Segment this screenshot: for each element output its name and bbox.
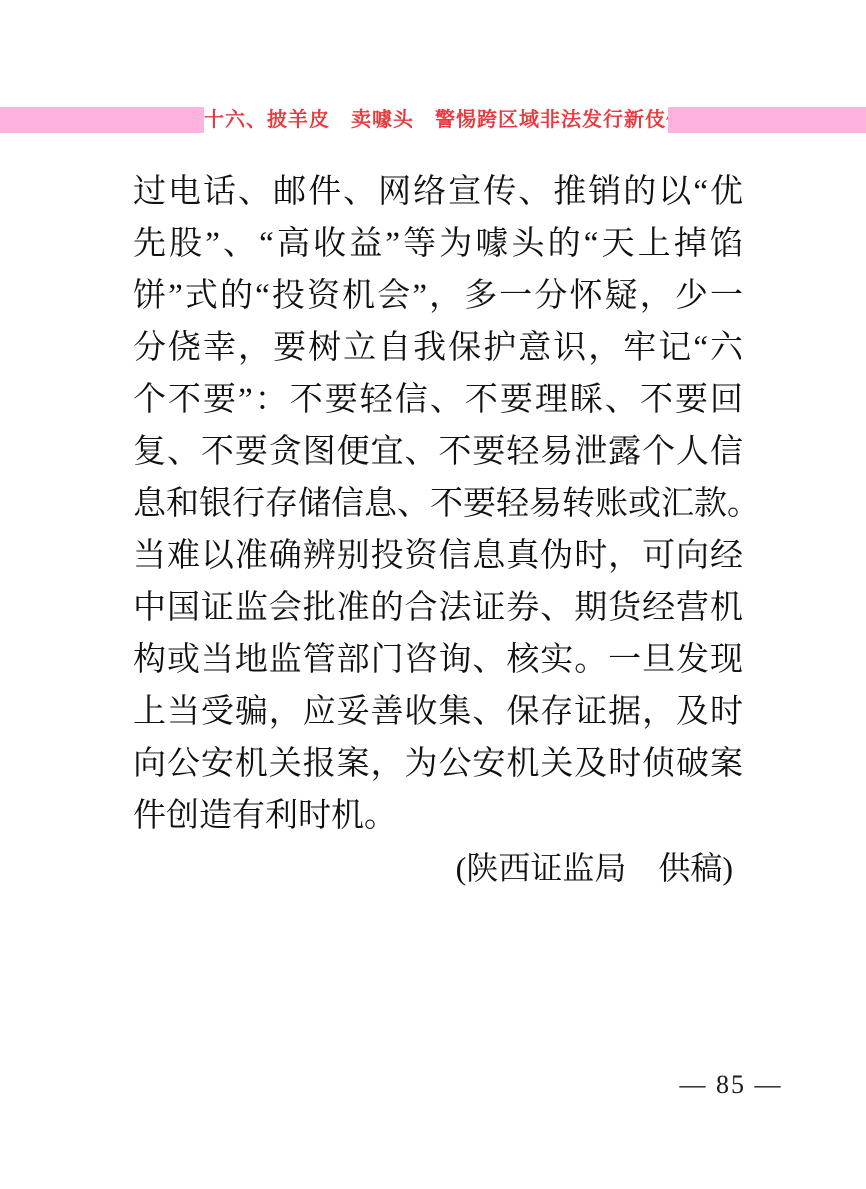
body-line: 上当受骗，应妥善收集、保存证据，及时 <box>133 686 743 738</box>
body-line: 构或当地监管部门咨询、核实。一旦发现 <box>133 634 743 686</box>
body-line: 中国证监会批准的合法证券、期货经营机 <box>133 582 743 634</box>
body-line: 先股”、“高收益”等为噱头的“天上掉馅 <box>133 218 743 270</box>
header-bar-left <box>0 107 204 133</box>
body-line: 当难以准确辨别投资信息真伪时，可向经 <box>133 530 743 582</box>
body-line: 息和银行存储信息、不要轻易转账或汇款。 <box>133 478 743 530</box>
attribution: (陕西证监局 供稿) <box>133 842 743 894</box>
book-page: 十六、披羊皮 卖噱头 警惕跨区域非法发行新伎俩 过电话、邮件、网络宣传、推销的以… <box>0 0 866 1189</box>
header-bar-right <box>668 107 866 133</box>
body-paragraph: 过电话、邮件、网络宣传、推销的以“优 先股”、“高收益”等为噱头的“天上掉馅 饼… <box>133 166 743 894</box>
body-line-last: 件创造有利时机。 <box>133 790 743 842</box>
body-line: 过电话、邮件、网络宣传、推销的以“优 <box>133 166 743 218</box>
body-line: 向公安机关报案，为公安机关及时侦破案 <box>133 738 743 790</box>
body-line: 饼”式的“投资机会”，多一分怀疑，少一 <box>133 270 743 322</box>
body-line: 分侥幸，要树立自我保护意识，牢记“六 <box>133 322 743 374</box>
chapter-header: 十六、披羊皮 卖噱头 警惕跨区域非法发行新伎俩 <box>0 107 866 133</box>
body-line: 个不要”：不要轻信、不要理睬、不要回 <box>133 374 743 426</box>
body-line: 复、不要贪图便宜、不要轻易泄露个人信 <box>133 426 743 478</box>
chapter-title: 十六、披羊皮 卖噱头 警惕跨区域非法发行新伎俩 <box>204 107 668 133</box>
page-number: — 85 — <box>651 1070 811 1100</box>
